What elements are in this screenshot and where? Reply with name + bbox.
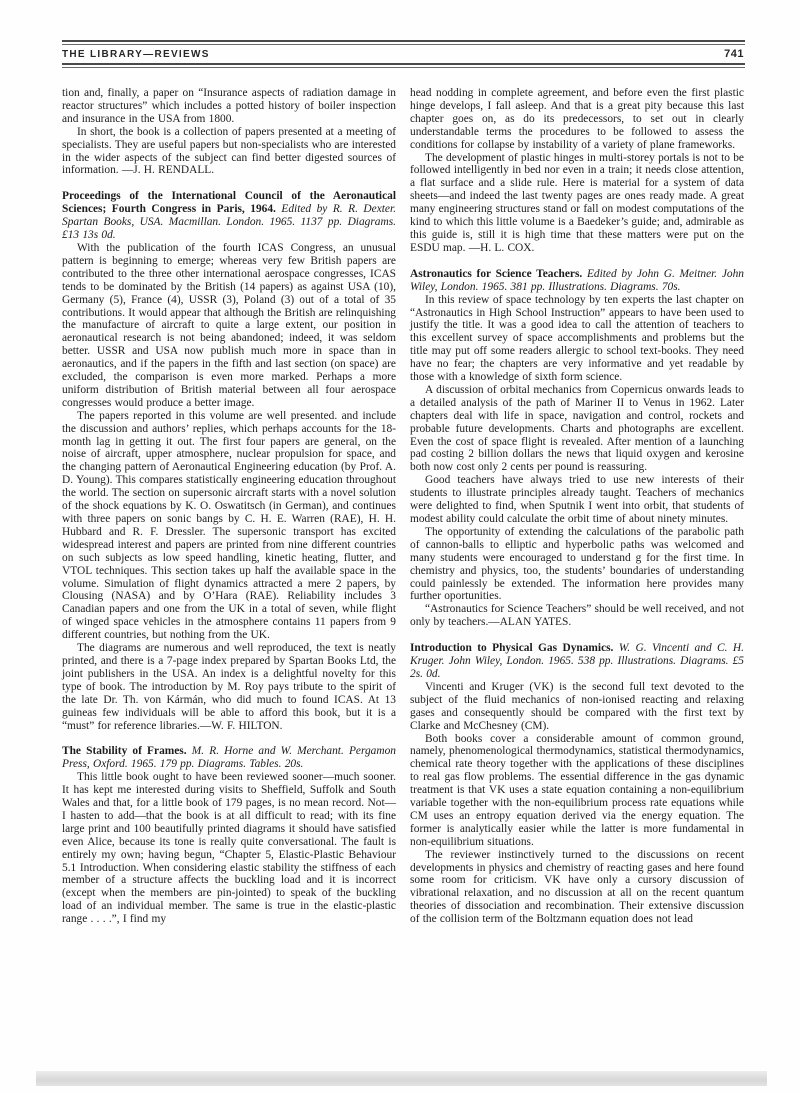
book-title: Introduction to Physical Gas Dynamics. (410, 642, 613, 654)
book-title: The Stability of Frames. (62, 745, 187, 757)
review-heading: The Stability of Frames. M. R. Horne and… (62, 745, 396, 771)
review-paragraph: This little book ought to have been revi… (62, 771, 396, 926)
left-column: tion and, finally, a paper on “Insurance… (62, 87, 396, 926)
review-paragraph: Vincenti and Kruger (VK) is the second f… (410, 681, 744, 733)
review-columns: tion and, finally, a paper on “Insurance… (62, 87, 745, 926)
right-column: head nodding in complete agreement, and … (410, 87, 744, 926)
review-paragraph: In short, the book is a collection of pa… (62, 126, 396, 178)
header-rule-bottom (62, 63, 745, 68)
review-paragraph: Both books cover a considerable amount o… (410, 733, 744, 849)
header-row: THE LIBRARY—REVIEWS 741 (62, 45, 745, 63)
review-paragraph: A discussion of orbital mechanics from C… (410, 384, 744, 474)
continued-paragraph: head nodding in complete agreement, and … (410, 87, 744, 152)
review-paragraph: The papers reported in this volume are w… (62, 410, 396, 642)
running-title: THE LIBRARY—REVIEWS (62, 49, 210, 60)
review-paragraph: With the publication of the fourth ICAS … (62, 242, 396, 410)
review-paragraph: The reviewer instinctively turned to the… (410, 849, 744, 926)
scan-shadow (36, 1071, 767, 1086)
page-number: 741 (724, 48, 744, 60)
review-paragraph: In this review of space technology by te… (410, 294, 744, 384)
review-heading: Astronautics for Science Teachers. Edite… (410, 268, 744, 294)
review-paragraph: The opportunity of extending the calcula… (410, 526, 744, 603)
review-heading: Proceedings of the International Council… (62, 190, 396, 242)
page-header: THE LIBRARY—REVIEWS 741 (62, 40, 745, 68)
review-paragraph: “Astronautics for Science Teachers” shou… (410, 603, 744, 629)
review-heading: Introduction to Physical Gas Dynamics. W… (410, 642, 744, 681)
journal-page: THE LIBRARY—REVIEWS 741 tion and, finall… (0, 0, 801, 1093)
continued-paragraph: tion and, finally, a paper on “Insurance… (62, 87, 396, 126)
review-paragraph: Good teachers have always tried to use n… (410, 474, 744, 526)
review-paragraph: The diagrams are numerous and well repro… (62, 642, 396, 732)
review-paragraph: The development of plastic hinges in mul… (410, 152, 744, 255)
book-title: Astronautics for Science Teachers. (410, 268, 582, 280)
